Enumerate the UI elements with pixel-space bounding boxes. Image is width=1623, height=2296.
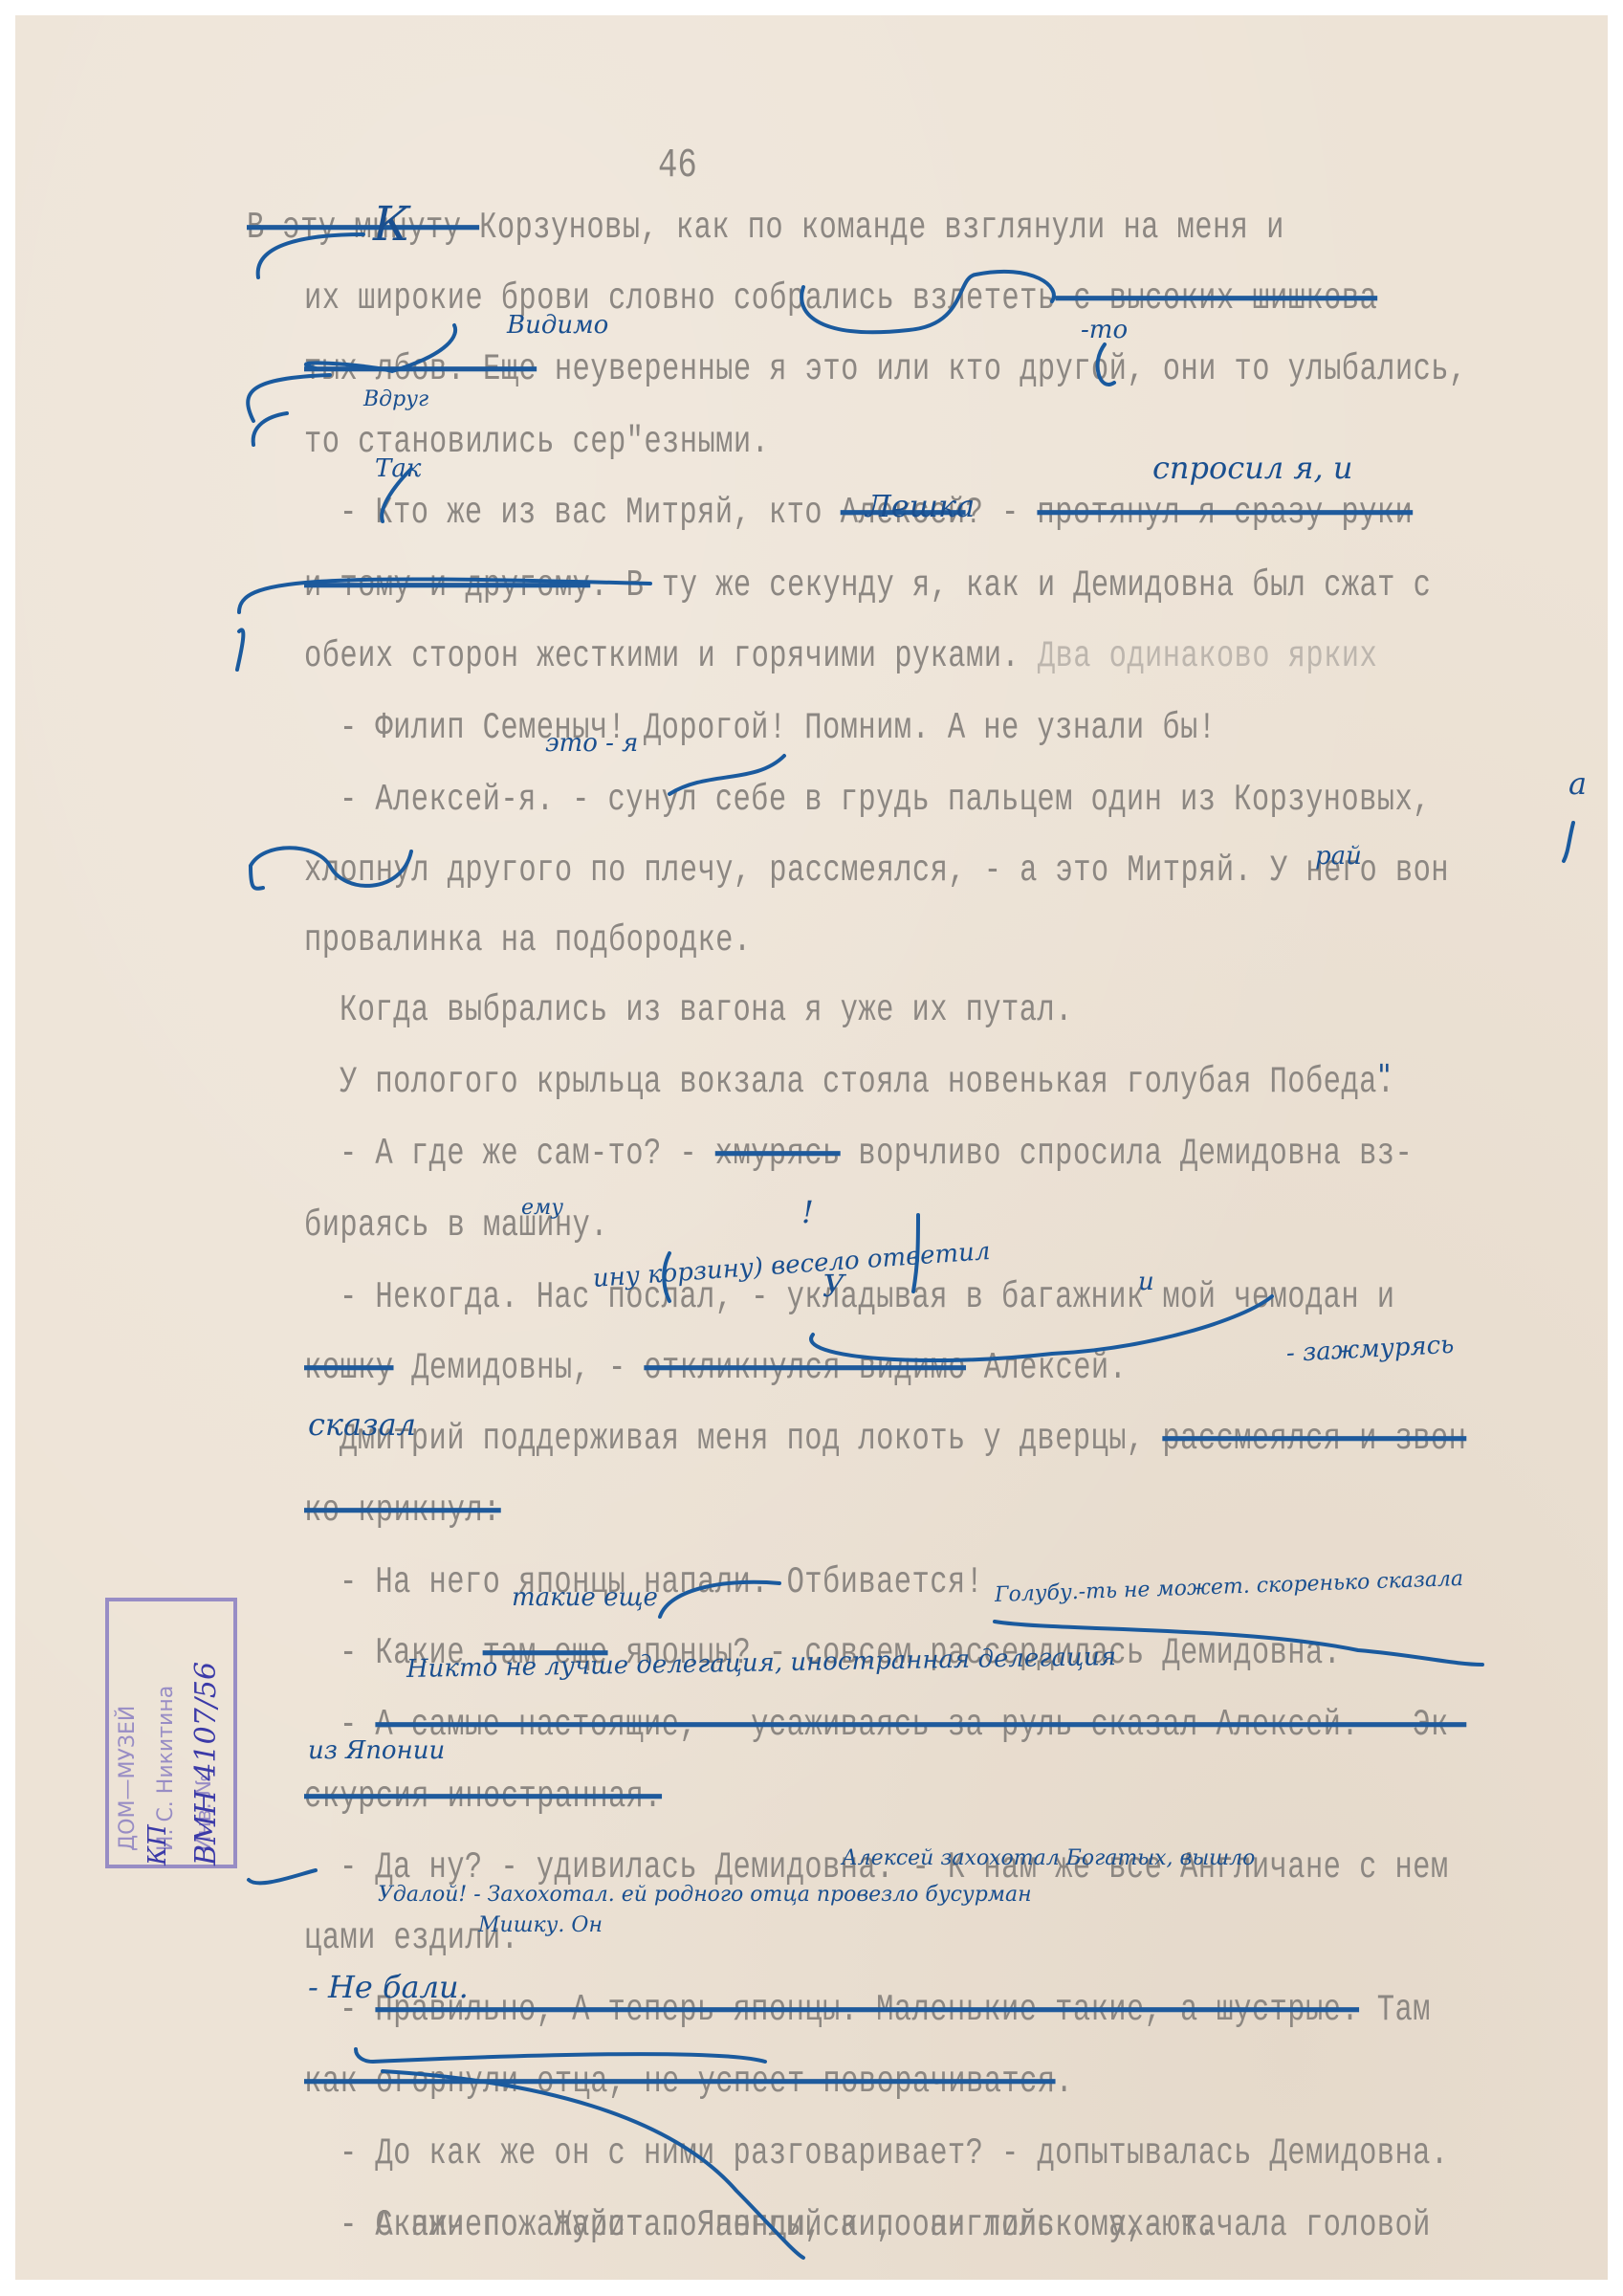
typed-line-8: - Филип Семеныч! Дорогой! Помним. А не у… [340, 708, 1216, 750]
annotation-exclaim: ! [801, 1194, 814, 1230]
annotation-mishku: Мишку. Он [478, 1913, 603, 1937]
annotation-skazal: сказал [308, 1406, 416, 1443]
typed-line-6: и тому и другому. В ту же секунду я, как… [304, 565, 1431, 607]
annotation-iz-yaponii: из Японии [308, 1736, 445, 1765]
annotation-ne-bali: - Не бали. [308, 1969, 469, 2005]
typed-line-17: кошку Демидовны, - откликнулся видимо Ал… [304, 1348, 1127, 1390]
annotation-emu: ему [521, 1196, 563, 1220]
typed-line-28: - До как же он с ними разговаривает? - д… [340, 2133, 1449, 2175]
annotation-aleksei-zakhokhotal: Алексей захохотал Богатых, вышло [842, 1846, 1255, 1870]
annotation-K: К [373, 196, 410, 252]
typed-line-23: скурсия иностранная. [304, 1777, 662, 1819]
typed-line-12: Когда выбрались из вагона я уже их путал… [340, 990, 1073, 1032]
annotation-leshka: Лешка [866, 488, 975, 524]
typed-line-20: - На него японцы напали. Отбивается! [340, 1562, 983, 1604]
annotation-tak: Так [375, 454, 421, 483]
annotation-takie-eshche: такие еще [512, 1583, 658, 1612]
annotation-udaloi: Удалой! - Захохотал. ей родного отца про… [378, 1883, 1032, 1907]
stamp-prefix: КП [143, 1569, 172, 1865]
annotation-eto-ya: это - я [545, 729, 638, 758]
typed-line-10: хлопнул другого по плечу, рассмеялся, - … [304, 850, 1449, 893]
typed-line-4: то становились сер"езными. [304, 422, 769, 464]
page-number: 46 [658, 143, 697, 189]
typed-line-2: их широкие брови словно собрались взлете… [304, 278, 1377, 320]
typed-line-16: - Некогда. Нас послал, - укладывая в баг… [340, 1277, 1394, 1319]
annotation-to: -то [1081, 316, 1128, 344]
typed-line-22: - А самые настоящие, - усаживаясь за рул… [340, 1705, 1466, 1747]
typed-line-18: Дмитрий поддерживая меня под локоть у дв… [340, 1419, 1466, 1461]
typed-line-3: тых лбов. Еще неуверенные я это или кто … [304, 349, 1467, 391]
annotation-sprosil: спросил я, и [1152, 450, 1353, 486]
typed-line-27: как огорнули отца, не успеет поворачиват… [304, 2062, 1073, 2104]
typed-line-19: ко крикнул: [304, 1490, 501, 1533]
stamp-inventory-number: ВМН 4107/56 [189, 1569, 247, 1865]
annotation-ryai: рай [1315, 842, 1362, 871]
typed-line-7: обеих сторон жесткими и горячими руками.… [304, 636, 1377, 678]
typed-line-last: - Скажи пожалуйста. Японцы, а по английс… [340, 2205, 1431, 2247]
annotation-i: и [1138, 1268, 1154, 1296]
typed-line-13: У пологого крыльца вокзала стояла новень… [340, 1062, 1394, 1104]
stamp-line-1: ДОМ—МУЗЕЙ [109, 1601, 147, 1865]
typed-line-26: - Правильно, А теперь японцы. Маленькие … [340, 1990, 1431, 2032]
annotation-vidimo: Видимо [507, 311, 608, 340]
annotation-vdrug: Вдруг [363, 387, 428, 411]
typed-line-14: - А где же сам-то? - хмурясь ворчливо сп… [340, 1134, 1413, 1176]
typed-line-11: провалинка на подбородке. [304, 920, 752, 962]
typed-line-9: - Алексей-я. - сунул себе в грудь пальце… [340, 780, 1431, 822]
annotation-a: а [1568, 765, 1587, 802]
annotation-quote: " [1377, 1057, 1392, 1093]
